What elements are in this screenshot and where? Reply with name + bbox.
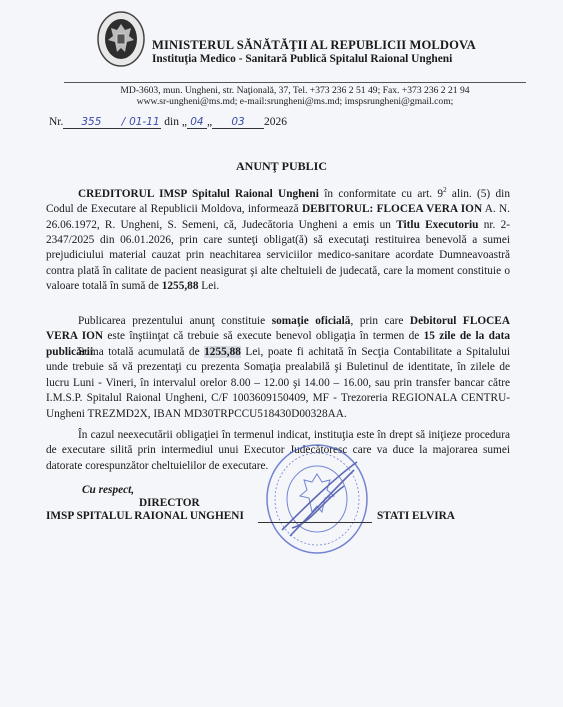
institution-title: Instituţia Medico - Sanitară Publică Spi… [152, 53, 452, 65]
day-value: 04 [187, 116, 207, 129]
document-page: MINISTERUL SĂNĂTĂŢII AL REPUBLICII MOLDO… [0, 0, 563, 707]
signer-institution: IMSP SPITALUL RAIONAL UNGHENI [46, 510, 244, 522]
signer-name: STATI ELVIRA [377, 510, 455, 522]
code-value: 01-11 [127, 116, 161, 129]
month-value: 03 [212, 116, 264, 129]
header-divider [64, 82, 526, 83]
reference-number-line: Nr.355/01-11 din „04„032026 [49, 116, 287, 129]
nr-label: Nr. [49, 116, 63, 128]
official-stamp-icon [262, 440, 372, 558]
signature-line [258, 522, 372, 523]
din-label: din „ [164, 116, 187, 128]
contact-web-email: www.sr-ungheni@ms.md; e-mail:srungheni@m… [64, 96, 526, 107]
paragraph-payment-details: Suma totală acumulată de 1255,88 Lei, po… [46, 345, 510, 422]
contact-address: MD-3603, mun. Ungheni, str. Naţională, 3… [64, 85, 526, 96]
announcement-title: ANUNŢ PUBLIC [0, 159, 563, 174]
nr-separator: / [119, 116, 127, 129]
paragraph-creditor-notice: CREDITORUL IMSP Spitalul Raional Ungheni… [46, 183, 510, 295]
signer-position: DIRECTOR [139, 497, 200, 509]
ministry-title: MINISTERUL SĂNĂTĂŢII AL REPUBLICII MOLDO… [152, 38, 476, 53]
closing-salutation: Cu respect, [82, 484, 134, 496]
moldova-coat-of-arms-icon [96, 10, 146, 68]
year-value: 2026 [264, 116, 287, 128]
nr-value: 355 [63, 116, 119, 129]
